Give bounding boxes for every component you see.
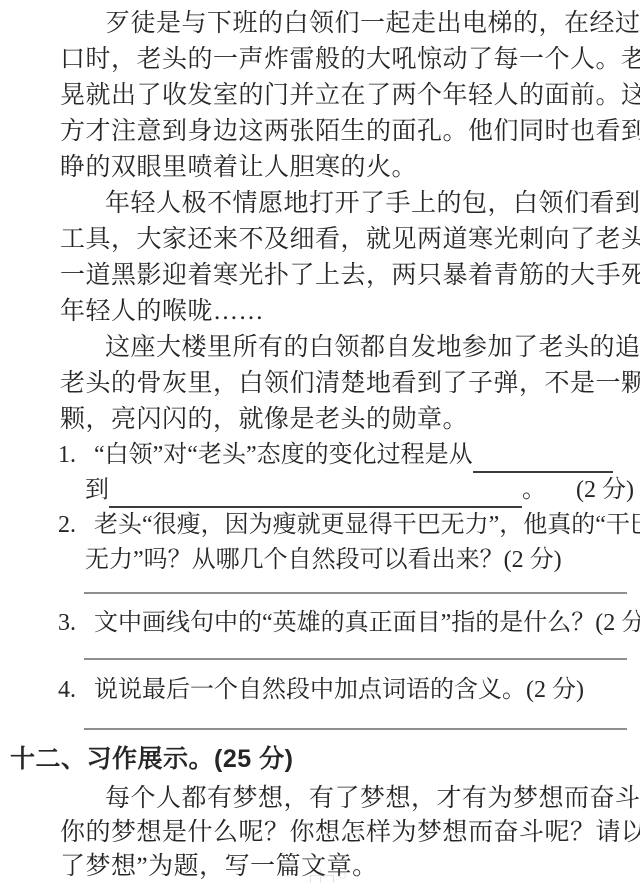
section-12-writing: 十二、习作展示。(25 分) 每个人都有梦想，有了梦想，才有为梦想而奋斗的经历。… [0,742,640,884]
passage-paragraph: 歹徒是与下班的白领们一起走出电梯的，在经过收发室门 口时，老头的一声炸雷般的大吼… [0,6,640,186]
prompt-line: 你的梦想是什么呢？你想怎样为梦想而奋斗呢？请以“我放飞 [60,816,630,850]
score-label: (2 分) [576,473,634,508]
passage-line: 工具，大家还来不及细看，就见两道寒光刺向了老头，同时， [60,222,630,258]
question-text: 无力”吗？从哪几个自然段可以看出来？(2 分) [85,543,562,578]
exam-paper-page: 歹徒是与下班的白领们一起走出电梯的，在经过收发室门 口时，老头的一声炸雷般的大吼… [0,0,640,889]
passage-line: 年轻人的喉咙…… [60,294,630,330]
question-4-line-1: 4. 说说最后一个自然段中加点词语的含义。(2 分) [58,673,613,708]
passage-line: 歹徒是与下班的白领们一起走出电梯的，在经过收发室门 [60,6,630,42]
passage-paragraph: 年轻人极不情愿地打开了手上的包，白领们看到了钳子等 工具，大家还来不及细看，就见… [0,186,640,330]
question-3-line-1: 3. 文中画线句中的“英雄的真正面目”指的是什么？(2 分) [58,606,613,641]
scan-artifact-shape [320,869,321,883]
question-number: 2. [58,508,94,543]
passage-line: 口时，老头的一声炸雷般的大吼惊动了每一个人。老头身形一 [60,42,630,78]
question-2: 2. 老头“很瘦，因为瘦就更显得干巴无力”，他真的“干巴 无力”吗？从哪几个自然… [0,508,640,578]
question-1-line-1: 1. “白领”对“老头”态度的变化过程是从 [58,438,613,473]
answer-line [84,658,627,660]
passage-line: 睁的双眼里喷着让人胆寒的火。 [60,150,630,186]
section-title: 十二、习作展示。(25 分) [10,742,640,776]
question-4: 4. 说说最后一个自然段中加点词语的含义。(2 分) [0,673,640,708]
scan-artifact [300,869,346,883]
passage-line: 老头的骨灰里，白领们清楚地看到了子弹，不是一颗，而是两 [60,366,630,402]
fill-in-blank [473,438,613,473]
fill-in-blank [109,473,522,508]
question-number: 4. [58,673,94,708]
scan-artifact-shape [310,875,334,883]
passage-line: 晃就出了收发室的门并立在了两个年轻人的面前。这时白领们 [60,78,630,114]
question-text: “白领”对“老头”态度的变化过程是从 [94,438,473,473]
question-1-line-2: 到 。 (2 分) [58,473,634,508]
question-number: 3. [58,606,94,641]
passage-paragraph: 这座大楼里所有的白领都自发地参加了老头的追悼会。在 老头的骨灰里，白领们清楚地看… [0,330,640,438]
passage-line: 颗，亮闪闪的，就像是老头的勋章。 [60,402,630,438]
question-text: 说说最后一个自然段中加点词语的含义。(2 分) [94,673,584,708]
passage-line: 年轻人极不情愿地打开了手上的包，白领们看到了钳子等 [60,186,630,222]
question-2-line-1: 2. 老头“很瘦，因为瘦就更显得干巴无力”，他真的“干巴 [58,508,613,543]
period: 。 [522,473,546,508]
passage-line: 一道黑影迎着寒光扑了上去，两只暴着青筋的大手死死卡住了 [60,258,630,294]
question-text: 文中画线句中的“英雄的真正面目”指的是什么？(2 分) [94,606,640,641]
question-text: 老头“很瘦，因为瘦就更显得干巴无力”，他真的“干巴 [94,508,640,543]
passage-line: 这座大楼里所有的白领都自发地参加了老头的追悼会。在 [60,330,630,366]
scan-artifact-shape [339,872,346,879]
prompt-line: 每个人都有梦想，有了梦想，才有为梦想而奋斗的经历。 [60,782,630,816]
question-text: 到 [85,473,109,508]
question-1: 1. “白领”对“老头”态度的变化过程是从 到 。 (2 分) [0,438,640,508]
reading-passage: 歹徒是与下班的白领们一起走出电梯的，在经过收发室门 口时，老头的一声炸雷般的大吼… [0,6,640,438]
question-3: 3. 文中画线句中的“英雄的真正面目”指的是什么？(2 分) [0,606,640,641]
passage-line: 方才注意到身边这两张陌生的面孔。他们同时也看到，老头怒 [60,114,630,150]
answer-line [84,728,627,730]
question-number: 1. [58,438,94,473]
answer-line [84,592,627,594]
question-2-line-2: 无力”吗？从哪几个自然段可以看出来？(2 分) [58,543,613,578]
